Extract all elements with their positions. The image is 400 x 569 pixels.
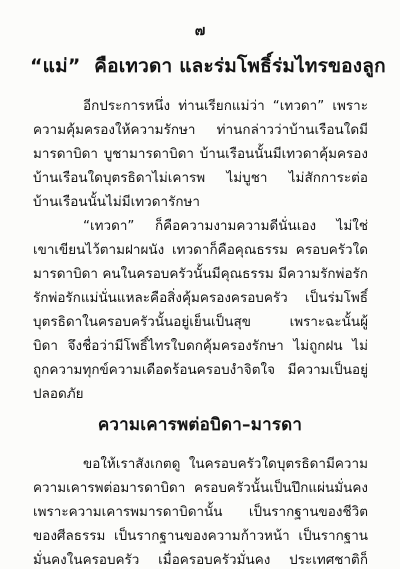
- paragraph-line: บ้านเรือนใดบุตรธิดาไม่เคารพ ไม่บูชา ไม่ส…: [33, 166, 368, 190]
- paragraph-line: มารดาบิดา บูชามารดาบิดา บ้านเรือนนั้นมีเ…: [33, 142, 368, 166]
- paragraph-line: ถูกความทุกข์ความเดือดร้อนครอบงำจิตใจ มีค…: [33, 358, 368, 382]
- section1-heading: “แม่” คือเทวดา และร่มโพธิ์ร่มไทรของลูก: [30, 52, 370, 80]
- paragraph-line: มารดาบิดา คนในครอบครัวนั้นมีคุณธรรม มีคว…: [33, 262, 368, 286]
- paragraph-line: รักพ่อรักแม่นั่นแหละคือสิ่งคุ้มครองครอบค…: [33, 286, 368, 310]
- paragraph-1: อีกประการหนึ่ง ท่านเรียกแม่ว่า “เทวดา” เ…: [33, 94, 368, 214]
- section2-body: ขอให้เราสังเกตดู ในครอบครัวใดบุตรธิดามีค…: [33, 452, 368, 569]
- paragraph-line: ขอให้เราสังเกตดู ในครอบครัวใดบุตรธิดามีค…: [33, 452, 368, 476]
- paragraph-line: บ้านเรือนนั้นไม่มีเทวดารักษา: [33, 190, 368, 214]
- page-number: ๗: [0, 22, 400, 40]
- paragraph-line: อีกประการหนึ่ง ท่านเรียกแม่ว่า “เทวดา” เ…: [33, 94, 368, 118]
- paragraph-line: “เทวดา” ก็คือความงามความดีนั่นเอง ไม่ใช่…: [33, 214, 368, 238]
- paragraph-line: ความเคารพต่อมารดาบิดา ครอบครัวนั้นเป็นปึ…: [33, 476, 368, 500]
- page-body: อีกประการหนึ่ง ท่านเรียกแม่ว่า “เทวดา” เ…: [33, 94, 368, 406]
- paragraph-line: ของศีลธรรม เป็นรากฐานของความก้าวหน้า เป็…: [33, 524, 368, 548]
- book-page: ๗ “แม่” คือเทวดา และร่มโพธิ์ร่มไทรของลูก…: [0, 0, 400, 569]
- paragraph-line: มั่นคงในครอบครัว เมื่อครอบครัวมั่นคง ประ…: [33, 548, 368, 569]
- paragraph-line: ปลอดภัย: [33, 382, 368, 406]
- paragraph-line: เขาเขียนไว้ตามฝาผนัง เทวดาก็คือคุณธรรม ค…: [33, 238, 368, 262]
- paragraph-line: บุตรธิดาในครอบครัวนั้นอยู่เย็นเป็นสุข เพ…: [33, 310, 368, 334]
- paragraph-line: ความคุ้มครองให้ความรักษา ท่านกล่าวว่าบ้า…: [33, 118, 368, 142]
- paragraph-line: บิดา จึงชื่อว่ามีโพธิ์ไทรใบดกคุ้มครองรัก…: [33, 334, 368, 358]
- section2-heading: ความเคารพต่อบิดา–มารดา: [30, 412, 370, 438]
- paragraph-2: “เทวดา” ก็คือความงามความดีนั่นเอง ไม่ใช่…: [33, 214, 368, 406]
- paragraph-line: เพราะความเคารพมารดาบิดานั้น เป็นรากฐานขอ…: [33, 500, 368, 524]
- paragraph-3: ขอให้เราสังเกตดู ในครอบครัวใดบุตรธิดามีค…: [33, 452, 368, 569]
